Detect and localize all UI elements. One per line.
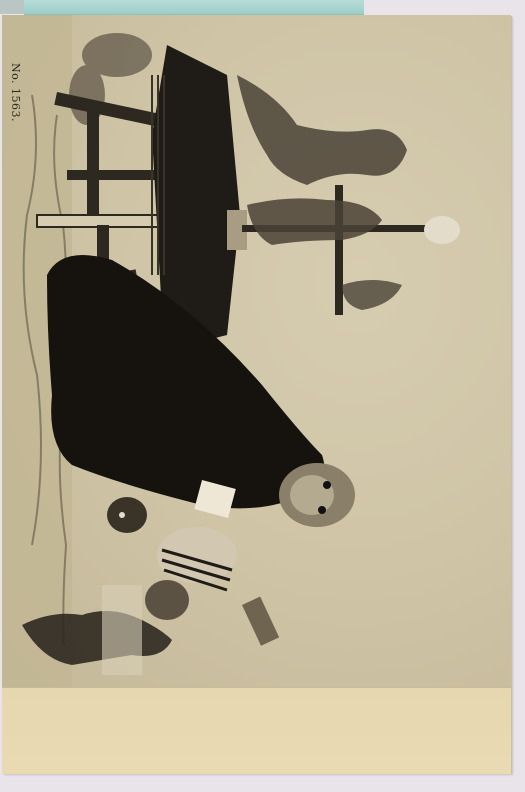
scan-tab-strip	[24, 0, 364, 15]
scan-edge-left	[0, 0, 24, 14]
postcard-blank-margin	[2, 687, 511, 774]
postcard: No. 1563.	[2, 15, 511, 773]
photo-illustration	[2, 15, 511, 687]
photograph: No. 1563.	[2, 15, 511, 687]
postcard-number: No. 1563.	[9, 63, 22, 122]
